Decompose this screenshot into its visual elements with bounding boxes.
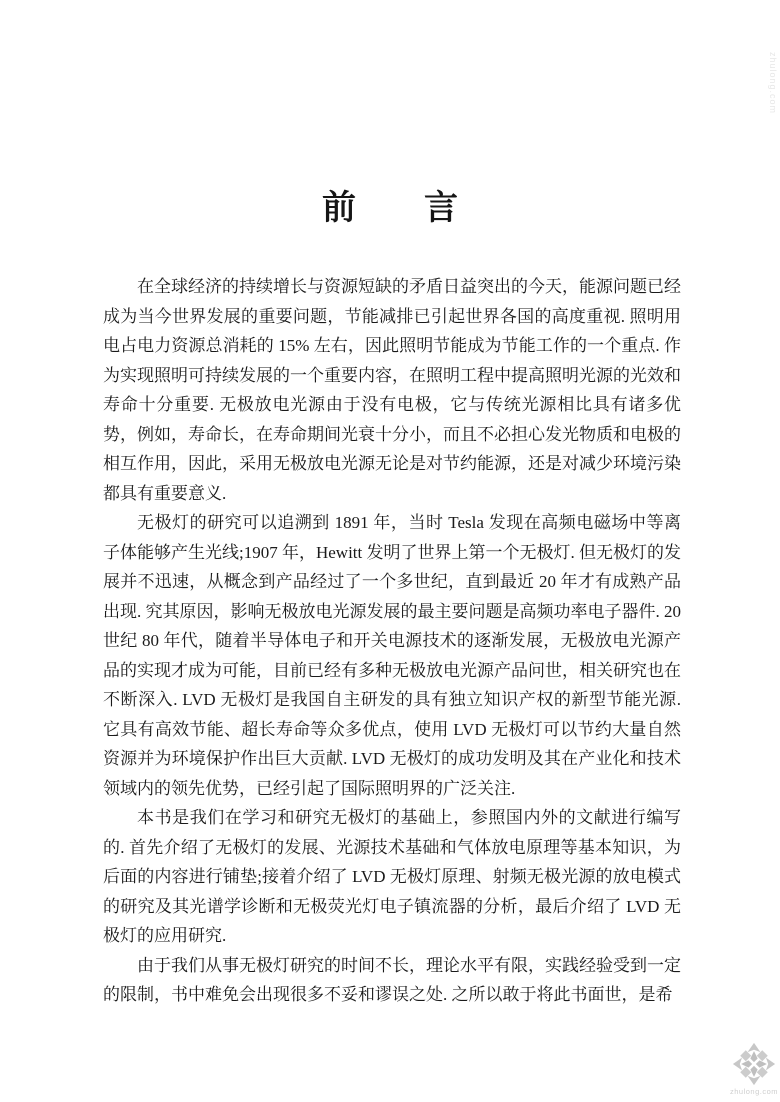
page-title: 前 言 xyxy=(0,180,780,229)
zhulong-flower-logo-icon xyxy=(732,1042,776,1086)
side-watermark-text: zhulong.com xyxy=(768,52,778,114)
preface-paragraph: 无极灯的研究可以追溯到 1891 年，当时 Tesla 发现在高频电磁场中等离子… xyxy=(103,508,681,803)
preface-paragraph: 由于我们从事无极灯研究的时间不长，理论水平有限，实践经验受到一定的限制，书中难免… xyxy=(103,951,681,1010)
watermark-text: zhulong.com xyxy=(727,1087,780,1096)
preface-paragraph: 本书是我们在学习和研究无极灯的基础上，参照国内外的文献进行编写的. 首先介绍了无… xyxy=(103,803,681,951)
watermark: zhulong.com xyxy=(727,1042,780,1096)
preface-body: 在全球经济的持续增长与资源短缺的矛盾日益突出的今天，能源问题已经成为当今世界发展… xyxy=(103,272,681,1010)
book-preface-page: 前 言 在全球经济的持续增长与资源短缺的矛盾日益突出的今天，能源问题已经成为当今… xyxy=(0,0,780,1102)
preface-paragraph: 在全球经济的持续增长与资源短缺的矛盾日益突出的今天，能源问题已经成为当今世界发展… xyxy=(103,272,681,508)
